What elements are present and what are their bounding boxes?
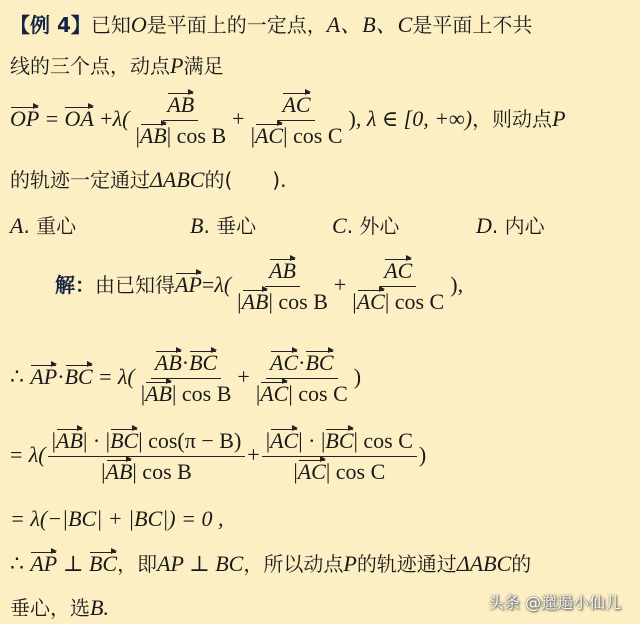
text: 的( ). [204, 168, 286, 192]
answer-options: A. 重心B. 垂心C. 外心D. 内心 [10, 210, 545, 239]
problem-line-1: 【例 4】已知O是平面上的一定点，A、B、C是平面上不共 [10, 8, 532, 39]
conclusion: ∴ AP ⊥ BC，即AP ⊥ BC，所以动点P的轨迹通过ΔABC的 [10, 548, 531, 577]
vector-AC: AC [282, 92, 310, 118]
vector-OA: OA [64, 106, 93, 132]
text: 由已知得 [95, 273, 175, 297]
answer-B: B. [90, 595, 109, 620]
text: 满足 [183, 54, 223, 78]
solution-step-4: = λ(−|BC| + |BC|) = 0 , [10, 506, 223, 532]
text: 线的三个点，动点 [10, 54, 170, 78]
text: 是平面上的一定点， [147, 13, 327, 37]
watermark: 头条 @邋遢小仙儿 [488, 590, 621, 613]
option-A: A. 重心 [10, 210, 190, 239]
point-P: P [552, 106, 565, 131]
solution-label: 解： [55, 273, 95, 297]
problem-line-4: 的轨迹一定通过ΔABC的( ). [10, 164, 286, 193]
vector-AP: AP [30, 364, 57, 390]
solution-step-2: ∴ AP·BC = λ(AB·BC|AB| cos B+AC·BC|AC| co… [10, 350, 361, 407]
fraction: AB·BC|AB| cos B [137, 350, 236, 407]
point-P: P [170, 53, 183, 78]
point-O: O [131, 12, 147, 37]
final-answer: 垂心，选B. [10, 592, 109, 621]
equals: = [46, 106, 58, 131]
lambda: λ( [214, 272, 231, 297]
lambda: λ( [113, 106, 130, 131]
vector-AC: AC [255, 123, 283, 149]
option-B: B. 垂心 [190, 210, 332, 239]
text: 已知 [91, 13, 131, 37]
solution-step-3: = λ(|AB| · |BC| cos(π − B)|AB| cos B+|AC… [10, 428, 426, 485]
fraction: |AB| · |BC| cos(π − B)|AB| cos B [48, 428, 246, 485]
option-D: D. 内心 [476, 210, 545, 239]
therefore-symbol: ∴ [10, 364, 24, 389]
given-equation: OP = OA +λ(AB|AB| cos B+AC|AC| cos C), λ… [10, 92, 566, 149]
triangle-ABC: ΔABC [150, 167, 204, 192]
fraction: AB|AB| cos B [131, 92, 230, 149]
lambda-range: , λ ∈ [0, +∞) [356, 106, 472, 131]
fraction: |AC| · |BC| cos C|AC| cos C [262, 428, 417, 485]
example-label: 【例 4】 [10, 13, 91, 37]
result-zero: = λ(−|BC| + |BC|) = 0 , [10, 506, 223, 531]
fraction: AC|AC| cos C [247, 92, 347, 149]
plus: + [232, 106, 244, 131]
vector-BC: BC [65, 364, 93, 390]
option-C: C. 外心 [332, 210, 476, 239]
vector-AB: AB [140, 123, 167, 149]
plus: + [100, 106, 112, 131]
solution-step-1: 解：由已知得AP=λ(AB|AB| cos B+AC|AC| cos C), [55, 258, 463, 315]
vector-AP: AP [175, 272, 202, 298]
points-ABC: A、B、C [327, 12, 413, 37]
text: 的轨迹一定通过 [10, 168, 150, 192]
fraction: AC·BC|AC| cos C [252, 350, 352, 407]
problem-line-2: 线的三个点，动点P满足 [10, 50, 223, 79]
fraction: AB|AB| cos B [233, 258, 332, 315]
text: 是平面上不共 [412, 13, 532, 37]
vector-AB: AB [167, 92, 194, 118]
perpendicular-relation: AP ⊥ BC [157, 551, 243, 576]
vector-OP: OP [10, 106, 39, 132]
equals: = [202, 272, 214, 297]
fraction: AC|AC| cos C [348, 258, 448, 315]
paren: ) [349, 106, 356, 131]
cos-C: | cos C [283, 123, 342, 148]
text: ，则动点 [472, 107, 552, 131]
cos-B: | cos B [167, 123, 226, 148]
